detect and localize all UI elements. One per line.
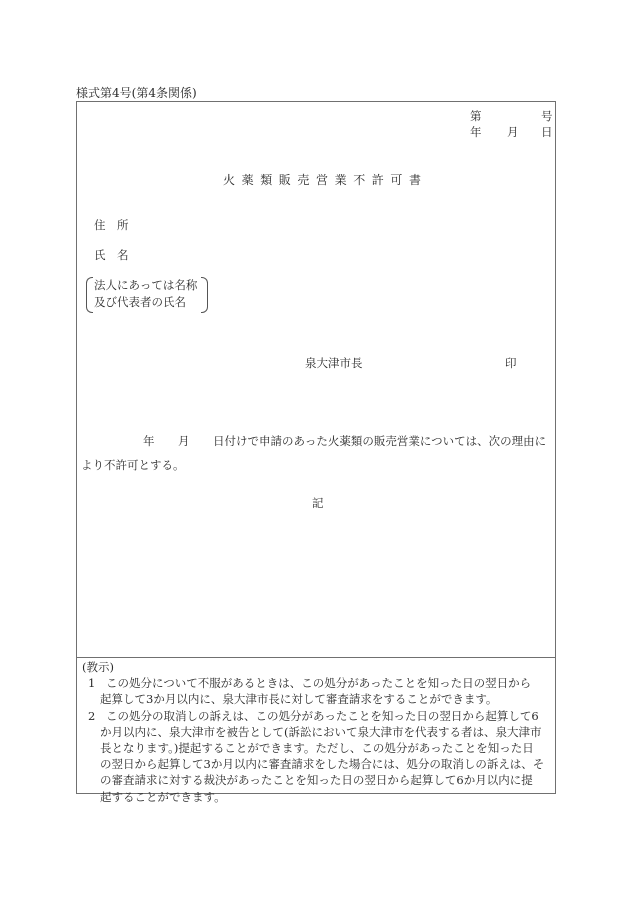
section-divider — [77, 657, 555, 658]
ki-heading: 記 — [312, 495, 324, 511]
left-bracket — [86, 277, 93, 313]
issuer-name: 泉大津市長 — [305, 355, 363, 371]
form-number-label: 様式第4号(第4条関係) — [76, 84, 197, 101]
notice-item-number: 2 — [88, 708, 95, 724]
address-label: 住 所 — [94, 217, 129, 233]
notice-item-line: の審査請求に対する裁決があったことを知った日の翌日から起算して6か月以内に提 — [100, 772, 554, 788]
corp-note-line2: 及び代表者の氏名 — [94, 294, 197, 311]
document-title: 火薬類販売営業不許可書 — [223, 171, 428, 188]
notice-item: 2 この処分の取消しの訴えは、この処分があったことを知った日の翌日から起算して6… — [82, 708, 554, 805]
notice-item-line: 長となります。)提起することができます。ただし、この処分があったことを知った日 — [100, 740, 554, 756]
notice-item-line: この処分の取消しの訴えは、この処分があったことを知った日の翌日から起算して6 — [100, 708, 554, 724]
notice-item-number: 1 — [88, 675, 95, 691]
name-label: 氏 名 — [94, 247, 129, 263]
body-month: 月 — [178, 433, 190, 449]
notice-item-line: か月以内に、泉大津市を被告として(訴訟において泉大津市を代表する者は、泉大津市 — [100, 724, 554, 740]
date-month: 月 — [507, 124, 519, 140]
number-suffix: 号 — [541, 108, 553, 124]
notice-item-line: この処分について不服があるときは、この処分があったことを知った日の翌日から — [100, 675, 554, 691]
date-year: 年 — [470, 124, 482, 140]
notice-heading: (教示) — [82, 659, 554, 675]
notice-section: (教示) 1 この処分について不服があるときは、この処分があったことを知った日の… — [82, 659, 554, 805]
number-prefix: 第 — [470, 108, 482, 124]
corp-note-line1: 法人にあっては名称 — [94, 277, 197, 294]
body-year: 年 — [143, 433, 155, 449]
corporation-note: 法人にあっては名称 及び代表者の氏名 — [86, 277, 208, 313]
right-bracket — [201, 277, 208, 313]
notice-item-line: の翌日から起算して3か月以内に審査請求をした場合には、処分の取消しの訴えは、そ — [100, 756, 554, 772]
notice-item-line: 起することができます。 — [100, 789, 554, 805]
notice-item-line: 起算して3か月以内に、泉大津市長に対して審査請求をすることができます。 — [100, 691, 554, 707]
seal-mark: 印 — [505, 355, 517, 371]
date-day: 日 — [541, 124, 553, 140]
body-line1: 日付けで申請のあった火薬類の販売営業については、次の理由に — [213, 433, 546, 449]
body-line2: より不許可とする。 — [81, 457, 185, 473]
notice-item: 1 この処分について不服があるときは、この処分があったことを知った日の翌日から … — [82, 675, 554, 707]
document-frame: 第 号 年 月 日 火薬類販売営業不許可書 住 所 氏 名 法人にあっては名称 … — [76, 101, 556, 794]
